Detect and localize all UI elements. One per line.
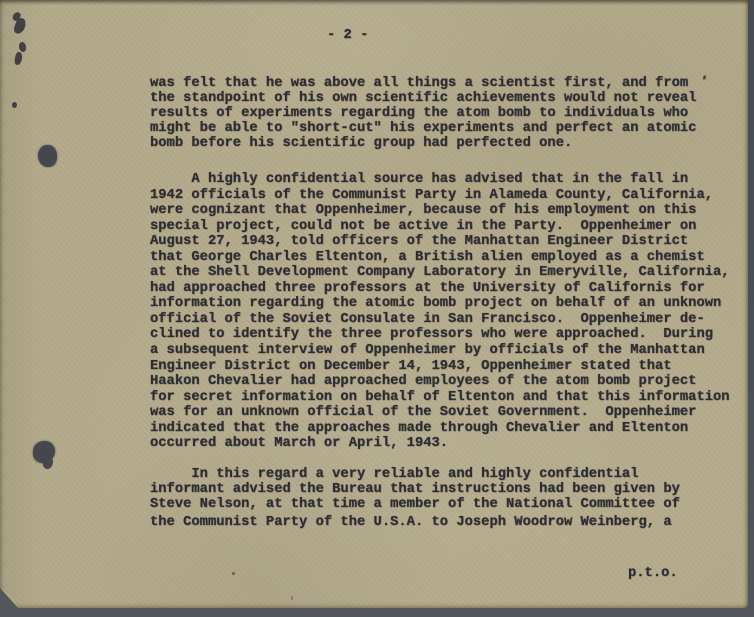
paragraph-continuation: was felt that he was above all things a …	[150, 76, 696, 151]
paper-speck	[291, 596, 293, 600]
punch-hole-mark	[33, 441, 55, 463]
paper-sheet: - 2 - was felt that he was above all thi…	[0, 0, 748, 608]
punch-hole-mark	[38, 145, 57, 167]
ink-dot-icon	[12, 102, 17, 108]
paragraph-confidential-source: A highly confidential source has advised…	[150, 172, 730, 452]
paper-speck	[232, 572, 235, 575]
scanned-document-page: - 2 - was felt that he was above all thi…	[0, 0, 754, 617]
ink-smudge-icon	[18, 41, 27, 52]
ink-smudge-icon	[14, 51, 24, 65]
paper-speck	[702, 75, 707, 81]
page-number: - 2 -	[327, 28, 368, 43]
pto-footer-note: p.t.o.	[628, 566, 678, 581]
paragraph-informant-last-line: the Communist Party of the U.S.A. to Jos…	[150, 515, 672, 530]
paragraph-informant: In this regard a very reliable and highl…	[150, 468, 680, 512]
